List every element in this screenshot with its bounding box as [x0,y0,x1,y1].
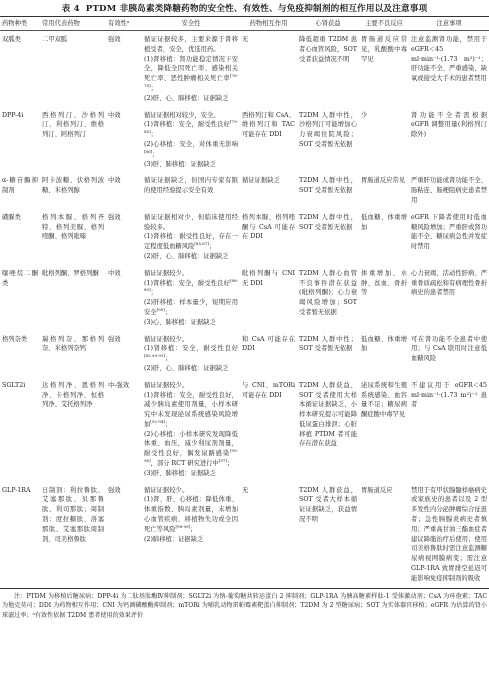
cell-efficacy: 强效 [106,331,142,377]
table-row: GLP-1RA日制剂：利拉鲁肽、艾塞那肽、贝那鲁肽、利司那肽；周制剂：度拉糖肽、… [0,482,489,588]
cell-interaction: 和 CsA 可能存在 DDI [240,331,297,377]
table-row: 噻唑烷二酮类吡格列酮、罗格列酮中效循证证据较少。(1)肾移植：安全，耐受性良好[… [0,265,489,331]
safety-line: (1)肾移植：耐受性良好，存在一定程度低血糖风险[85,87]； [144,232,238,252]
drug-comparison-table: 药物种类 常用代表药物 有效性ᵃ 安全性 药物相互作用 心肾获益 主要不良反应 … [0,16,489,589]
cell-interaction: 与 CNI、mTORi 可能存在 DDI [240,377,297,482]
safety-line: (2)肺移植：证据缺乏 [144,535,238,545]
cell-efficacy: 中-强效 [106,377,142,482]
cell-drug-class: DPP-4i [0,107,40,173]
table-row: α-糖苷酶抑制剂阿卡波糖、伏格列波糖、米格列醇中效循证证据缺乏，但国内专家有限的… [0,172,489,208]
cell-efficacy: 强效 [106,482,142,588]
cell-adverse-reactions: 胃肠道反应 [359,482,409,588]
cell-cardiorenal-benefit: T2DM 人群中性，SOT 受者暂无依据 [297,172,359,208]
header-class: 药物种类 [0,17,40,31]
cell-drug-class: SGLT2i [0,377,40,482]
cell-efficacy: 中效 [106,265,142,331]
cell-efficacy: 强效 [106,31,142,107]
cell-drug-class: GLP-1RA [0,482,40,588]
safety-line: (3)肝、肺移植：证据缺乏 [144,469,238,479]
cell-representative-drugs: 西格列汀、沙格列汀、利格列汀、维格列汀、阿格列汀 [40,107,106,173]
safety-line: 循证证据较少。 [144,486,238,496]
cell-representative-drugs: 吡格列酮、罗格列酮 [40,265,106,331]
safety-line: (2)肝、心、肺移植：证据缺乏 [144,364,238,374]
cell-cardiorenal-benefit: T2DM 人群中性；SOT 受者暂无依据 [297,331,359,377]
cell-cardiorenal-benefit: T2DM 人群中性，沙格列汀可能增加心力衰竭住院风险；SOT 受者暂无依据 [297,107,359,173]
cell-interaction: 无 [240,482,297,588]
cell-cardiorenal-benefit: T2DM 人群获益，SOT 受者使用大样本循证证据缺乏，小样本研究提示可能降低尿… [297,377,359,482]
cell-adverse-reactions: 低血糖、体重增加 [359,209,409,265]
safety-line: 循证证据较少。 [144,335,238,345]
cell-drug-class: 双胍类 [0,31,40,107]
safety-line: 循证证据相对少，但临床使用经验较多。 [144,213,238,233]
safety-line: (1)肾、肝、心移植：降低体重、体重指数、胰岛素剂量，未增加心血管疾病、移植物失… [144,495,238,534]
table-row: 双胍类二甲双胍强效循证证据较多，主要来源于肾移植受者，安全，优选用药。(1)肾移… [0,31,489,107]
cell-precautions: 心力衰竭、活动性肝病、严重骨质疏松和有病理性骨折病史的患者禁用 [409,265,489,331]
cell-drug-class: 磺脲类 [0,209,40,265]
table-row: DPP-4i西格列汀、沙格列汀、利格列汀、维格列汀、阿格列汀中效循证证据相对较少… [0,107,489,173]
cell-precautions: 禁用于有甲状腺髓样癌病史或家族史的患者以及 2 型多发性内分泌肿瘤综合征患者；急… [409,482,489,588]
cell-representative-drugs: 格列本脲、格列齐特、格列美脲、格列喹酮、格列吡嗪 [40,209,106,265]
cell-cardiorenal-benefit: 降低超重 T2DM 患者心血管风险，SOT 受者获益情况不明 [297,31,359,107]
safety-line: (1)肾移植：安全，耐受性良好[88-89]； [144,279,238,299]
cell-interaction: 无 [240,31,297,107]
cell-adverse-reactions: 泌尿系统和生殖系统感染、血容量不足；糖尿病酮症酸中毒罕见 [359,377,409,482]
cell-efficacy: 中效 [106,107,142,173]
cell-precautions: 不建议用于 eGFR＜45 ml·min⁻¹·(1.73 m²)⁻¹ 患者 [409,377,489,482]
cell-safety: 循证证据较少。(1)肾移植：安全，耐受性良好[88-89]；(2)肝移植：样本量… [142,265,240,331]
header-notes: 注意事项 [409,17,489,31]
cell-safety: 循证证据相对较少，安全。(1)肾移植：安全，耐受性良好[79-85]；(2)心移… [142,107,240,173]
cell-representative-drugs: 阿卡波糖、伏格列波糖、米格列醇 [40,172,106,208]
safety-line: (3)心、肺移植：证据缺乏 [144,318,238,328]
safety-line: (3)肝、肺移植：证据缺乏 [144,160,238,170]
header-safety: 安全性 [142,17,240,31]
cell-adverse-reactions: 胃肠道反应常见，乳酸酸中毒罕见 [359,31,409,107]
cell-safety: 循证证据较少。(1)肾移植：安全，耐受性良好，减少胰岛素使用剂量，小样本研究中未… [142,377,240,482]
cell-cardiorenal-benefit: T2DM 人群心血管不良事件潜在获益(吡格列酮)；心力衰竭风险增加；SOT 受者… [297,265,359,331]
cell-representative-drugs: 瑞格列奈、那格列奈、米格列奈钙 [40,331,106,377]
cell-representative-drugs: 达格列净、恩格列净、卡格列净、恒格列净、艾托格列净 [40,377,106,482]
cell-precautions: 肾功能不全者需根据 eGFR 调整用量(利格列汀除外) [409,107,489,173]
cell-drug-class: 格列奈类 [0,331,40,377]
cell-interaction: 西格列汀和 CsA、维格列汀和 TAC 可能存在 DDI [240,107,297,173]
table-caption: 表 4PTDM 非胰岛素类降糖药物的安全性、有效性、与免疫抑制剂的相互作用以及注… [0,2,489,16]
safety-line: (2)肝移植：样本量少，短期应用安全[90]； [144,298,238,318]
table-row: 格列奈类瑞格列奈、那格列奈、米格列奈钙强效循证证据较少。(1)肾移植：安全，耐受… [0,331,489,377]
cell-precautions: 可在肾功能不全患者中使用；与 CsA 联用时注意低血糖风险 [409,331,489,377]
safety-line: 循证证据较少。 [144,269,238,279]
cell-representative-drugs: 二甲双胍 [40,31,106,107]
safety-line: (2)肝、心、肺移植：证据缺乏 [144,94,238,104]
cell-interaction: 吡格列酮与 CNI 无 DDI [240,265,297,331]
safety-line: (1)肾移植：安全，耐受性良好[85,90-91]； [144,344,238,364]
safety-line: (2)心移植：安全，对体重无影响[86]； [144,140,238,160]
safety-line: (1)肾移植：安全，耐受性良好，减少胰岛素使用剂量，小样本研究中未发现泌尿系统感… [144,391,238,430]
cell-safety: 循证证据较少。(1)肾移植：安全，耐受性良好[85,90-91]；(2)肝、心、… [142,331,240,377]
cell-adverse-reactions: 胃肠道反应常见 [359,172,409,208]
table-container: 表 4PTDM 非胰岛素类降糖药物的安全性、有效性、与免疫抑制剂的相互作用以及注… [0,0,489,621]
cell-adverse-reactions: 体重增加、水肿、贫血、骨折等 [359,265,409,331]
table-label: 表 4 [62,4,80,14]
cell-cardiorenal-benefit: T2DM 人群中性，SOT 受者暂无依据 [297,209,359,265]
cell-precautions: 注意监测肾功能，禁用于 eGFR＜45 ml·min⁻¹·(1.73 m²)⁻¹… [409,31,489,107]
safety-line: (1)肾移植：安全，耐受性良好[79-85]； [144,120,238,140]
header-drugs: 常用代表药物 [40,17,106,31]
header-benefit: 心肾获益 [297,17,359,31]
safety-line: 循证证据缺乏，但国内专家有限的使用经验提示安全有效 [144,176,238,196]
safety-line: 循证证据较多，主要来源于肾移植受者，安全，优选用药。 [144,35,238,55]
table-row: SGLT2i达格列净、恩格列净、卡格列净、恒格列净、艾托格列净中-强效循证证据较… [0,377,489,482]
cell-adverse-reactions: 低血糖、体重增加 [359,331,409,377]
cell-efficacy: 中效 [106,172,142,208]
cell-cardiorenal-benefit: T2DM 人群获益，SOT 受者大样本循证证据缺乏，获益情况不明 [297,482,359,588]
cell-precautions: eGFR 下降者使用时低血糖风险增加；严重肝或肾功能不全、糖尿病急性并发症时禁用 [409,209,489,265]
cell-drug-class: α-糖苷酶抑制剂 [0,172,40,208]
safety-line: (2)心移植：小样本研究发现降低体重、血压，减少利尿剂剂量，耐受性良好，偶发尿路… [144,430,238,469]
safety-line: (1)肾移植：肾功能稳定情况下安全，降低全因死亡率、感染相关死亡率、恶性肿瘤相关… [144,55,238,94]
safety-line: 循证证据较少。 [144,381,238,391]
table-footnote: 注：PTDM 为移植后糖尿病；DPP-4i 为二肽基肽酶Ⅳ抑制剂；SGLT2i … [0,589,489,621]
header-efficacy: 有效性ᵃ [106,17,142,31]
cell-adverse-reactions: 少 [359,107,409,173]
cell-precautions: 严重肝功能或肾功能不全、肠粘连、肠梗阻病史患者禁用 [409,172,489,208]
safety-line: 循证证据相对较少，安全。 [144,111,238,121]
cell-safety: 循证证据较少。(1)肾、肝、心移植：降低体重、体重指数、胰岛素剂量，未增加心血管… [142,482,240,588]
cell-efficacy: 强效 [106,209,142,265]
cell-safety: 循证证据缺乏，但国内专家有限的使用经验提示安全有效 [142,172,240,208]
cell-interaction: 格列本脲、格列喹酮与 CsA 可能存在 DDI [240,209,297,265]
cell-drug-class: 噻唑烷二酮类 [0,265,40,331]
safety-line: (2)肝、心、肺移植：证据缺乏 [144,252,238,262]
table-title: PTDM 非胰岛素类降糖药物的安全性、有效性、与免疫抑制剂的相互作用以及注意事项 [86,4,428,14]
header-row: 药物种类 常用代表药物 有效性ᵃ 安全性 药物相互作用 心肾获益 主要不良反应 … [0,17,489,31]
cell-safety: 循证证据较多，主要来源于肾移植受者，安全，优选用药。(1)肾移植：肾功能稳定情况… [142,31,240,107]
header-adverse: 主要不良反应 [359,17,409,31]
cell-interaction: 循证证据缺乏 [240,172,297,208]
header-interaction: 药物相互作用 [240,17,297,31]
cell-safety: 循证证据相对少，但临床使用经验较多。(1)肾移植：耐受性良好，存在一定程度低血糖… [142,209,240,265]
table-row: 磺脲类格列本脲、格列齐特、格列美脲、格列喹酮、格列吡嗪强效循证证据相对少，但临床… [0,209,489,265]
cell-representative-drugs: 日制剂：利拉鲁肽、艾塞那肽、贝那鲁肽、利司那肽；周制剂：度拉糖肽、洛塞那肽、艾塞… [40,482,106,588]
